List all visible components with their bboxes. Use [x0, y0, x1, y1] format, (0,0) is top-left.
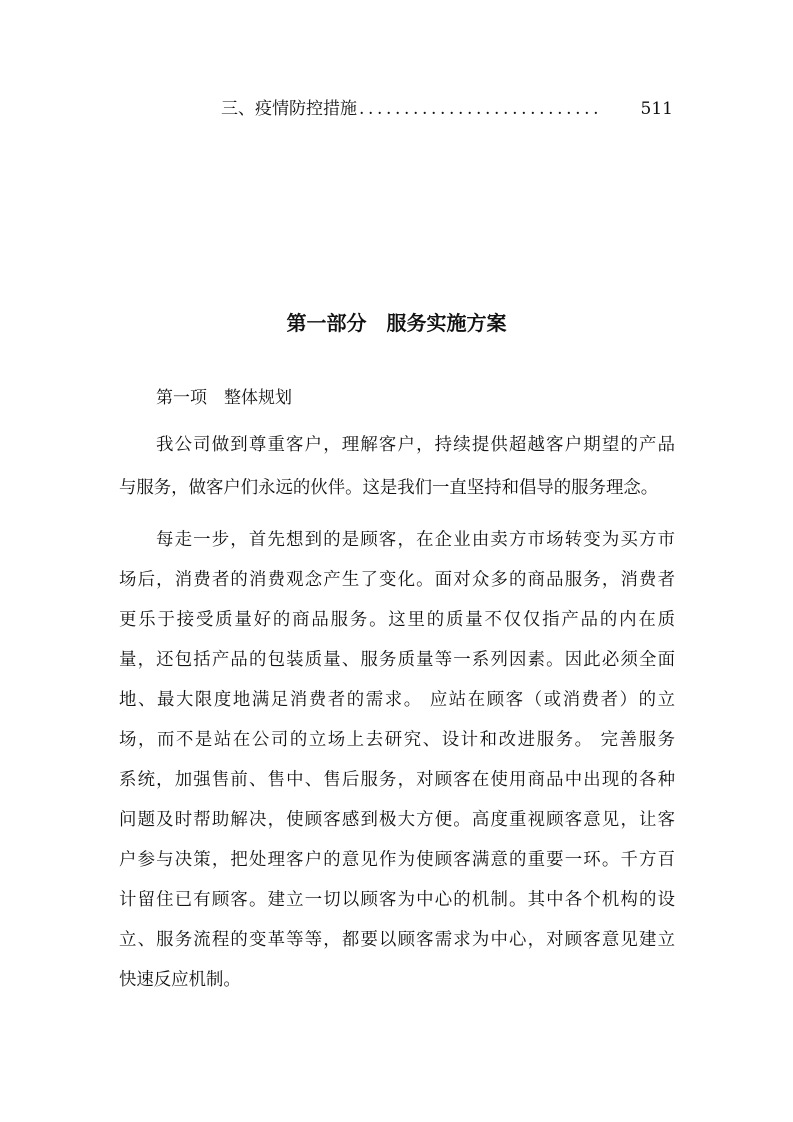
paragraph-line: 每走一步，首先想到的是顾客，在企业由卖方市场转变为买方市	[156, 526, 675, 554]
paragraph-line: 系统，加强售前、售中、售后服务，对顾客在使用商品中出现的各种	[119, 766, 675, 794]
paragraph-line: 立、服务流程的变革等等，都要以顾客需求为中心，对顾客意见建立	[119, 926, 675, 954]
document-page: 三、疫情防控措施 ........................... 511…	[0, 0, 793, 1122]
paragraph-line: 场，而不是站在公司的立场上去研究、设计和改进服务。 完善服务	[119, 726, 675, 754]
paragraph-line: 问题及时帮助解决，使顾客感到极大方便。高度重视顾客意见，让客	[119, 806, 675, 834]
part-title: 第一部分 服务实施方案	[0, 306, 793, 340]
paragraph-line: 与服务，做客户们永远的伙伴。这是我们一直坚持和倡导的服务理念。	[119, 474, 675, 502]
paragraph-line: 快速反应机制。	[119, 966, 675, 994]
paragraph-line: 场后，消费者的消费观念产生了变化。面对众多的商品服务，消费者	[119, 566, 675, 594]
paragraph-line: 计留住已有顾客。建立一切以顾客为中心的机制。其中各个机构的设	[119, 886, 675, 914]
paragraph-line: 地、最大限度地满足消费者的需求。 应站在顾客（或消费者）的立	[119, 686, 675, 714]
toc-entry-label: 三、疫情防控措施	[221, 96, 357, 122]
section-heading: 第一项 整体规划	[156, 384, 292, 412]
toc-entry[interactable]: 三、疫情防控措施 ........................... 511	[221, 96, 673, 122]
paragraph-line: 户参与决策，把处理客户的意见作为使顾客满意的重要一环。千方百	[119, 846, 675, 874]
paragraph-line: 量，还包括产品的包装质量、服务质量等一系列因素。因此必须全面	[119, 646, 675, 674]
paragraph-line: 更乐于接受质量好的商品服务。这里的质量不仅仅指产品的内在质	[119, 606, 675, 634]
paragraph-line: 我公司做到尊重客户，理解客户，持续提供超越客户期望的产品	[156, 431, 675, 459]
toc-page-number: 511	[641, 96, 673, 122]
toc-leader-dots: ...........................	[359, 96, 639, 122]
